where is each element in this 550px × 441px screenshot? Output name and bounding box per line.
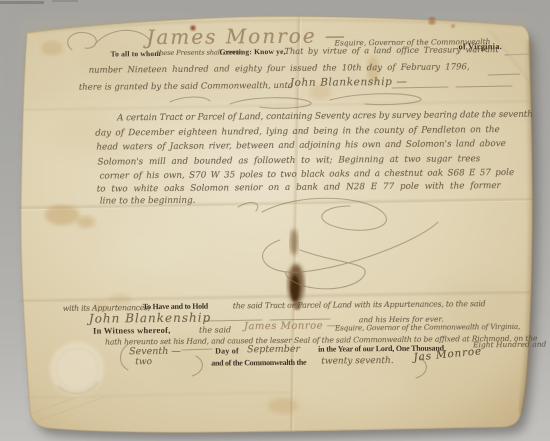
day-word: Seventh — — [129, 347, 181, 357]
witness-script-1: the said — [199, 326, 231, 334]
body-line: day of December eighteen hundred, lying … — [95, 126, 500, 138]
body-line: line to the beginning. — [100, 197, 196, 207]
salutation-print-1: To all to whom — [111, 50, 161, 58]
month-word: September — [247, 345, 300, 355]
witness-script-2: Esquire, Governor of the Commonwealth of… — [335, 323, 520, 332]
grant-line-script: there is granted by the said Commonwealt… — [79, 82, 293, 92]
commonwealth-year: twenty seventh. — [321, 357, 394, 367]
governor-name-script: James Monroe — — [146, 25, 347, 47]
habendum-script-2: the said Tract or Parcel of Land with it… — [233, 300, 486, 310]
salutation-script-2: That by virtue of a land office Treasury… — [284, 45, 498, 55]
year-word: two — [135, 358, 152, 367]
salutation-print-2: Greeting: Know ye, — [220, 48, 286, 56]
body-line: head waters of Jackson river, between an… — [96, 140, 506, 152]
grantee-name: John Blankenship — — [290, 77, 408, 89]
governor-name-2: James Monroe — — [244, 321, 337, 332]
photo-background: James Monroe — Esquire, Governor of the … — [0, 0, 550, 441]
document-text: James Monroe — Esquire, Governor of the … — [0, 0, 550, 441]
witness-print: In Witness whereof, — [93, 326, 171, 335]
warrant-line: number Nineteen hundred and eighty four … — [89, 63, 470, 75]
grantee-name-2: John Blankenship — [89, 312, 211, 325]
year-end-script: Eight Hundred and — [473, 341, 546, 349]
day-of-print: Day of — [215, 347, 239, 355]
body-line: A certain Tract or Parcel of Land, conta… — [117, 111, 533, 123]
body-line: Solomon's mill and bounded as followeth … — [97, 155, 480, 167]
body-line: to two white oaks Solomon senior on a ba… — [97, 182, 501, 194]
commonwealth-print: and of the Commonwealth the — [211, 359, 306, 368]
body-line: corner of his own, S70 W 35 poles to two… — [100, 169, 515, 181]
